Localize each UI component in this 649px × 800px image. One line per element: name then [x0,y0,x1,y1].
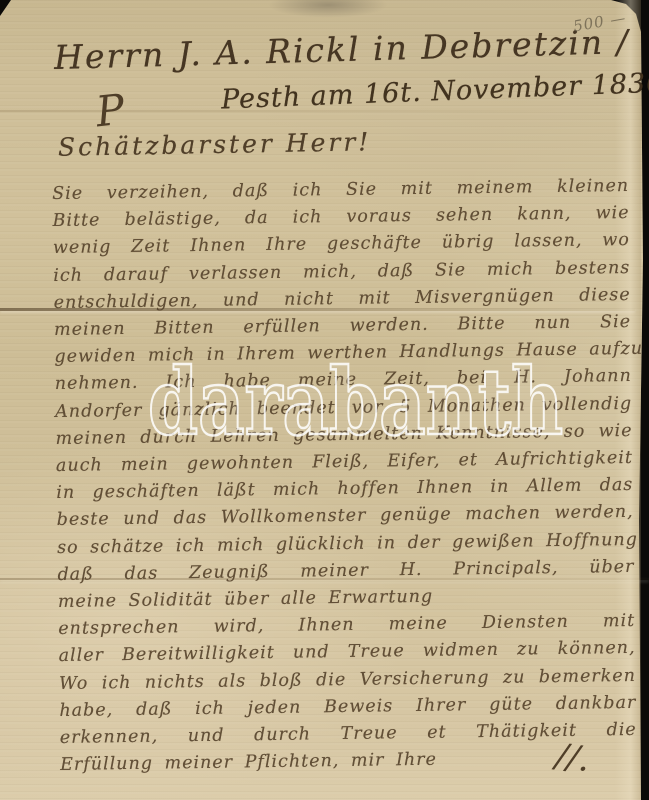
salutation-line: Schätzbarster Herr! [58,127,372,161]
letter-body: Sie verzeihen, daß ich Sie mit meinem kl… [52,173,637,779]
scanned-letter-photo: Herrn J. A. Rickl in Debretzin ∕ Pesth a… [0,0,649,800]
ink-flourish: P [94,85,127,137]
closing-flourish: ∕∕. [553,736,592,780]
